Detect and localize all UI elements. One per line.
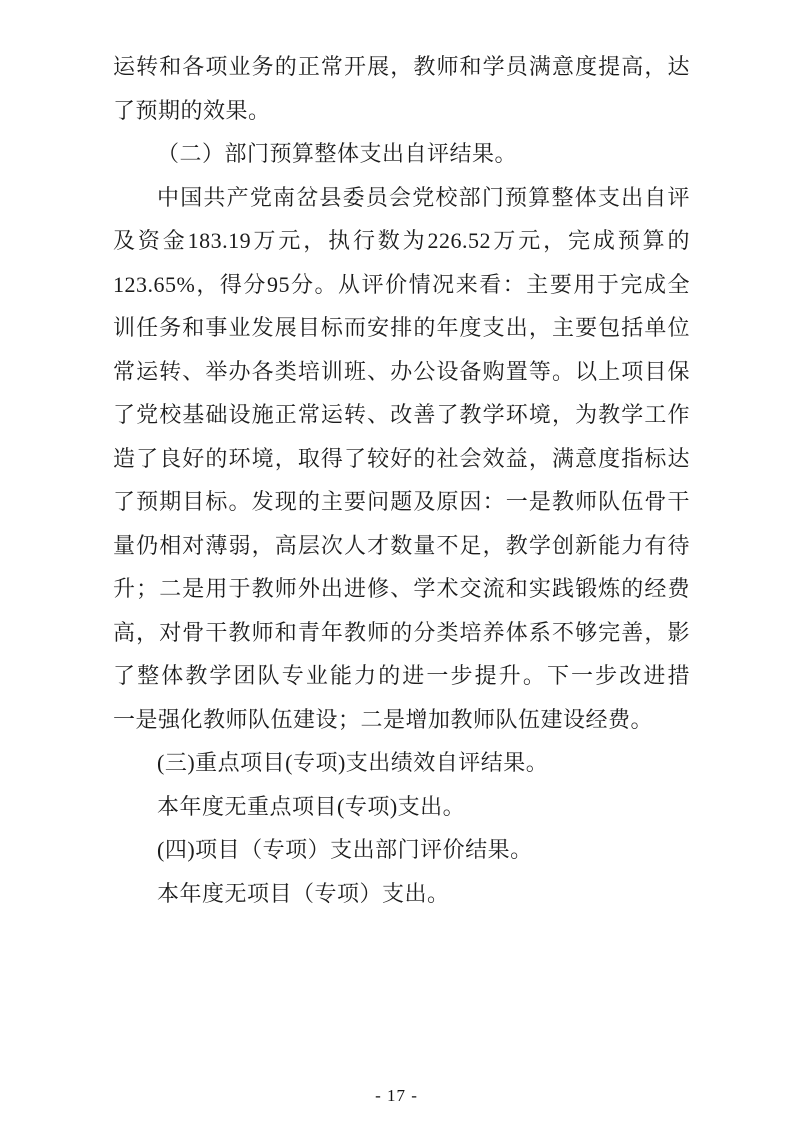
text-line: 运转和各项业务的正常开展，教师和学员满意度提高，达到 <box>113 45 690 89</box>
text-line: 高，对骨干教师和青年教师的分类培养体系不够完善，影响 <box>113 611 690 655</box>
text-line: 造了良好的环境，取得了较好的社会效益，满意度指标达到 <box>113 437 690 481</box>
text-line: 本年度无项目（专项）支出。 <box>113 872 690 916</box>
text-line: 一是强化教师队伍建设；二是增加教师队伍建设经费。 <box>113 698 690 742</box>
text-line: 123.65%，得分95分。从评价情况来看：主要用于完成全年培 <box>113 263 690 307</box>
text-line: 常运转、举办各类培训班、办公设备购置等。以上项目保障 <box>113 350 690 394</box>
text-line: 升；二是用于教师外出进修、学术交流和实践锻炼的经费不 <box>113 567 690 611</box>
text-line: 了预期的效果。 <box>113 89 690 133</box>
document-page: 运转和各项业务的正常开展，教师和学员满意度提高，达到了预期的效果。（二）部门预算… <box>0 0 793 1122</box>
text-line: 本年度无重点项目(专项)支出。 <box>113 785 690 829</box>
text-line: 了党校基础设施正常运转、改善了教学环境，为教学工作营 <box>113 393 690 437</box>
text-line: 量仍相对薄弱，高层次人才数量不足，教学创新能力有待提 <box>113 524 690 568</box>
text-line: 了预期目标。发现的主要问题及原因：一是教师队伍骨干力 <box>113 480 690 524</box>
page-number: - 17 - <box>0 1086 793 1106</box>
document-body: 运转和各项业务的正常开展，教师和学员满意度提高，达到了预期的效果。（二）部门预算… <box>113 45 690 915</box>
text-line: 中国共产党南岔县委员会党校部门预算整体支出自评涉 <box>113 176 690 220</box>
text-line: (三)重点项目(专项)支出绩效自评结果。 <box>113 741 690 785</box>
text-line: (四)项目（专项）支出部门评价结果。 <box>113 828 690 872</box>
text-line: （二）部门预算整体支出自评结果。 <box>113 132 690 176</box>
text-line: 训任务和事业发展目标而安排的年度支出，主要包括单位正 <box>113 306 690 350</box>
text-line: 及资金183.19万元，执行数为226.52万元，完成预算的 <box>113 219 690 263</box>
text-line: 了整体教学团队专业能力的进一步提升。下一步改进措施： <box>113 654 690 698</box>
